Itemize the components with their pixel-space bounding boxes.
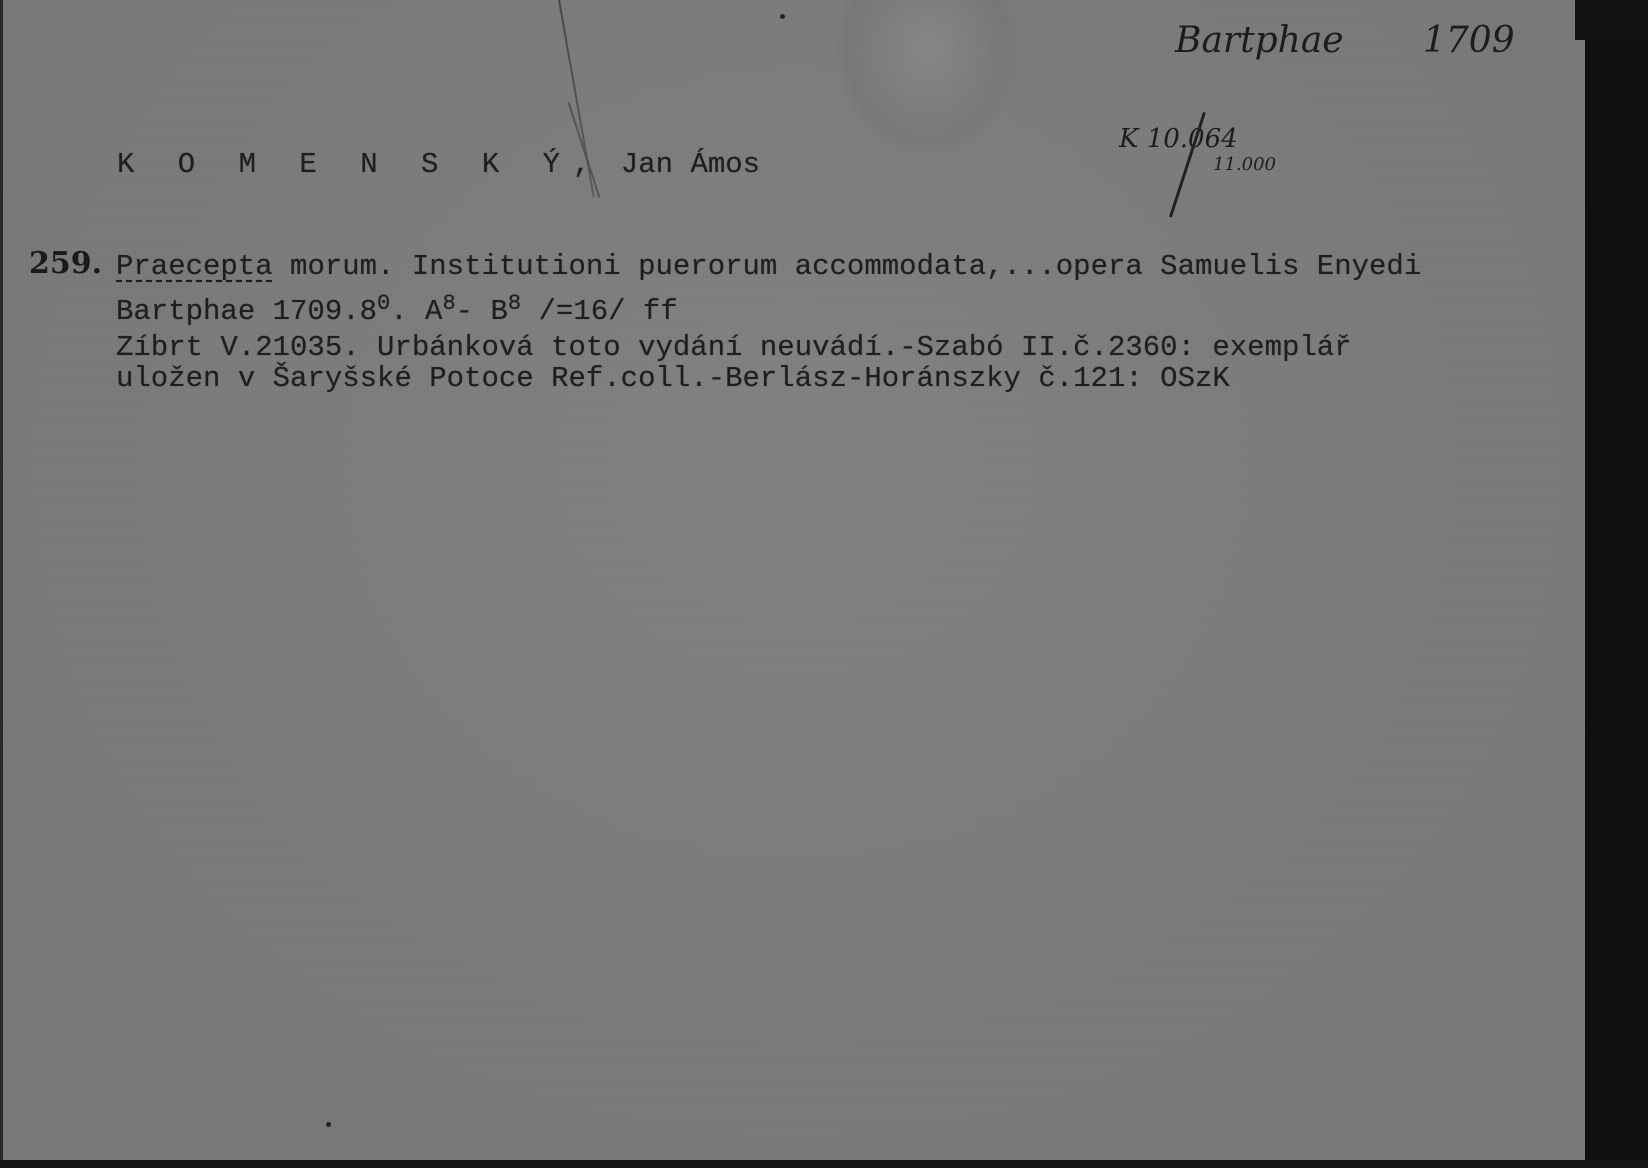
format-superscript: 0 — [377, 291, 390, 316]
imprint: Bartphae 1709.8 — [116, 295, 377, 328]
title-rest: morum. Institutioni puerorum accommodata… — [273, 250, 1422, 283]
holdings-line: uložen v Šaryšské Potoce Ref.coll.-Berlá… — [116, 362, 1230, 395]
signature-b: - B — [456, 295, 508, 328]
author-surname: K O M E N S K Ý, — [117, 148, 603, 181]
signature-a: . A — [390, 295, 442, 328]
imprint-line: Bartphae 1709.80. A8- B8 /=16/ ff — [116, 295, 678, 328]
references-line: Zíbrt V.21035. Urbánková toto vydání neu… — [116, 331, 1352, 364]
handwritten-place: Bartphae — [1175, 20, 1344, 61]
author-heading: K O M E N S K Ý, Jan Ámos — [117, 148, 760, 181]
ink-speck — [326, 1122, 331, 1127]
handwritten-shelfmark: K 10.064 — [1119, 124, 1238, 154]
extent: /=16/ ff — [521, 295, 678, 328]
scan-background-corner — [1575, 0, 1648, 40]
signature-a-superscript: 8 — [442, 291, 455, 316]
title-line: Praecepta morum. Institutioni puerorum a… — [116, 250, 1421, 283]
scan-background-bottom — [0, 1160, 1648, 1168]
entry-number: 259. — [29, 246, 102, 281]
scan-background-right — [1585, 0, 1648, 1168]
author-given-names: Jan Ámos — [603, 148, 760, 181]
handwritten-shelfmark-secondary: 11.000 — [1213, 154, 1276, 175]
title-keyword: Praecepta — [116, 250, 273, 283]
handwritten-year: 1709 — [1423, 20, 1515, 61]
ink-speck — [780, 14, 785, 19]
signature-b-superscript: 8 — [508, 291, 521, 316]
catalog-card: Bartphae 1709 K 10.064 11.000 K O M E N … — [0, 0, 1590, 1160]
paper-wrinkle — [833, 0, 1023, 160]
